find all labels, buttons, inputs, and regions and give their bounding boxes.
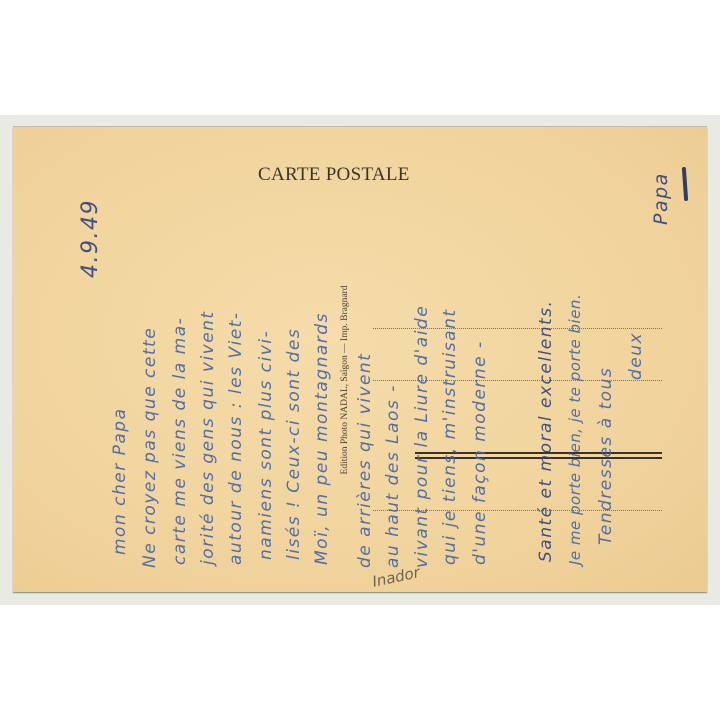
handwritten-line: Je me porte bien, je te porte bien. bbox=[566, 294, 584, 565]
handwritten-line: deux bbox=[626, 332, 646, 380]
handwritten-date: 4.9.49 bbox=[78, 199, 103, 278]
handwritten-line: Tendresses à tous bbox=[596, 367, 616, 545]
handwritten-signature: Papa bbox=[650, 172, 672, 225]
handwritten-line: d'une façon moderne - bbox=[470, 340, 490, 565]
handwritten-line: mon cher Papa bbox=[110, 408, 130, 556]
handwritten-line: Santé et moral excellents. bbox=[536, 300, 556, 562]
handwritten-line: namiens sont plus civi- bbox=[256, 330, 276, 560]
publisher-imprint: Edition Photo NADAL, Saïgon — Imp. Bragn… bbox=[340, 286, 350, 475]
handwritten-line: au haut des Laos - bbox=[383, 384, 403, 568]
handwritten-line: Ne croyez pas que cette bbox=[140, 327, 160, 568]
handwritten-line: de arrières qui vivent bbox=[355, 353, 375, 568]
handwritten-line: carte me viens de la ma- bbox=[170, 317, 190, 565]
handwritten-line: qui je tiens, m'instruisant bbox=[440, 308, 460, 565]
handwritten-line: jorité des gens qui vivent bbox=[198, 310, 218, 565]
postcard-title: CARTE POSTALE bbox=[258, 164, 410, 186]
handwritten-line: lisés ! Ceux-ci sont des bbox=[284, 328, 304, 560]
handwritten-line: autour de nous : les Viet- bbox=[226, 312, 246, 565]
handwritten-line: vivant pour la Liure d'aide bbox=[412, 305, 432, 568]
handwritten-line: Moï, un peu montagnards bbox=[312, 312, 332, 565]
